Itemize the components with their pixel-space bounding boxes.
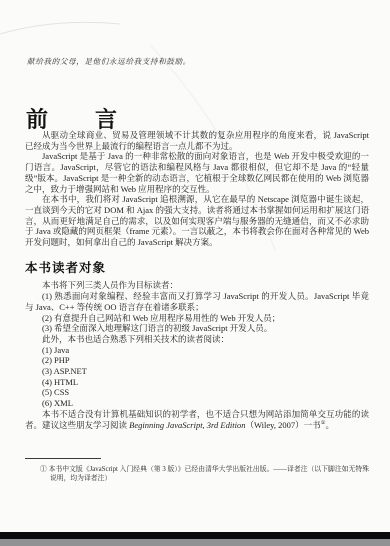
audience-section-heading: 本书读者对象 [25, 263, 369, 274]
footnote-divider [25, 458, 101, 459]
target-reader-item: (1) 熟悉面向对象编程、经验丰富而又打算学习 JavaScript 的开发人员… [25, 291, 369, 312]
footnote-text: ① 本书中文版《JavaScript 入门经典（第 3 版）》已经由清华大学出版… [25, 465, 369, 484]
closing-text-after: （Wiley, 2007）一书 [245, 420, 320, 430]
technology-list-item: (4) HTML [25, 377, 369, 388]
footnote-block: ① 本书中文版《JavaScript 入门经典（第 3 版）》已经由清华大学出版… [25, 458, 369, 484]
closing-paragraph: 本书不适合没有计算机基础知识的初学者，也不适合只想为网站添加简单交互功能的读者。… [25, 409, 369, 430]
preface-body: 从驱动全球商业、贸易及管理领域不计其数的复杂应用程序的角度来看，说 JavaSc… [25, 130, 369, 430]
technology-list-item: (5) CSS [25, 387, 369, 398]
intro-paragraph: 从驱动全球商业、贸易及管理领域不计其数的复杂应用程序的角度来看，说 JavaSc… [25, 130, 369, 151]
audience-lead: 本书将下列三类人员作为目标读者： [25, 280, 369, 291]
footnote-marker: ① [40, 466, 47, 473]
intro-paragraph: 在本书中，我们将对 JavaScript 追根溯源，从它在最早的 Netscap… [25, 194, 369, 248]
technology-list-item: (2) PHP [25, 355, 369, 366]
target-reader-item: (3) 希望全面深入地理解这门语言的初级 JavaScript 开发人员。 [25, 323, 369, 334]
also-suitable-lead: 此外，本书也适合熟悉下列相关技术的读者阅读： [25, 334, 369, 345]
closing-period: 。 [326, 420, 335, 430]
intro-paragraph: JavaScript 是基于 Java 的一种非常松散的面向对象语言，也是 We… [25, 151, 369, 194]
referenced-book-title: Beginning JavaScript, 3rd Edition [129, 420, 245, 430]
footnote-content: 本书中文版《JavaScript 入门经典（第 3 版）》已经由清华大学出版社出… [49, 466, 369, 482]
target-reader-item: (2) 有意提升自己网站和 Web 应用程序易用性的 Web 开发人员； [25, 313, 369, 324]
technology-list-item: (6) XML [25, 398, 369, 409]
technology-list-item: (1) Java [25, 345, 369, 356]
technology-list-item: (3) ASP.NET [25, 366, 369, 377]
scan-edge-black-bar [0, 532, 390, 539]
scan-edge-gray-bar [0, 539, 390, 546]
dedication-text: 献给我的父母，是他们永远给我支持和鼓励。 [27, 56, 191, 67]
